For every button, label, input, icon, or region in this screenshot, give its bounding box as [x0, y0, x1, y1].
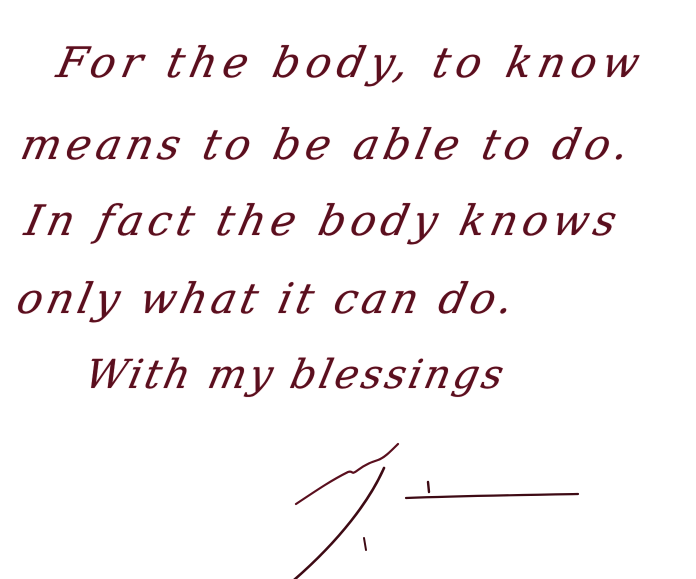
note-line-2: means to be able to do.	[17, 120, 639, 169]
handwritten-note: For the body, to know means to be able t…	[0, 0, 696, 579]
signature-scribble-icon	[280, 440, 600, 579]
note-line-3: In fact the body knows	[21, 196, 626, 245]
signature	[280, 440, 600, 579]
closing-line: With my blessings	[81, 352, 511, 398]
note-line-4: only what it can do.	[13, 274, 522, 323]
note-line-1: For the body, to know	[53, 38, 650, 87]
